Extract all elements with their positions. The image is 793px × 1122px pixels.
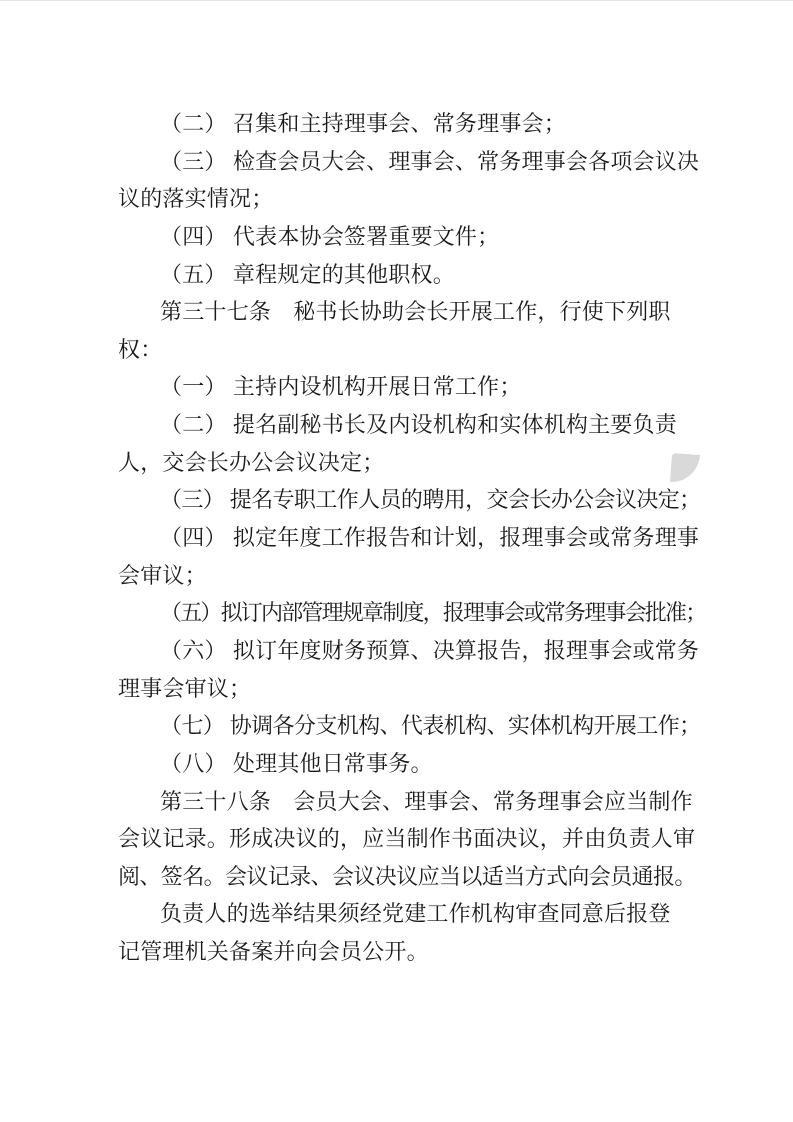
doc-line-20: 会议记录。形成决议的，应当制作书面决议，并由负责人审 <box>118 820 698 858</box>
document-page: （二） 召集和主持理事会、常务理事会； （三） 检查会员大会、理事会、常务理事会… <box>0 0 793 1122</box>
doc-line-03: 议的落实情况； <box>118 180 698 218</box>
doc-line-12: （四） 拟定年度工作报告和计划，报理事会或常务理事 <box>118 519 698 557</box>
doc-line-08: （一） 主持内设机构开展日常工作； <box>118 368 698 406</box>
doc-line-04: （四） 代表本协会签署重要文件； <box>118 218 698 256</box>
doc-line-18: （八） 处理其他日常事务。 <box>118 745 698 783</box>
doc-line-01: （二） 召集和主持理事会、常务理事会； <box>118 105 698 143</box>
doc-line-09: （二） 提名副秘书长及内设机构和实体机构主要负责 <box>118 406 698 444</box>
doc-line-13: 会审议； <box>118 557 698 595</box>
doc-line-16: 理事会审议； <box>118 670 698 708</box>
doc-line-19: 第三十八条 会员大会、理事会、常务理事会应当制作 <box>118 783 698 821</box>
doc-line-11: （三） 提名专职工作人员的聘用，交会长办公会议决定； <box>118 481 698 519</box>
document-body: （二） 召集和主持理事会、常务理事会； （三） 检查会员大会、理事会、常务理事会… <box>118 105 698 971</box>
doc-line-14: （五）拟订内部管理规章制度，报理事会或常务理事会批准； <box>118 594 698 632</box>
doc-line-02: （三） 检查会员大会、理事会、常务理事会各项会议决 <box>118 143 698 181</box>
doc-line-10: 人，交会长办公会议决定； <box>118 444 698 482</box>
doc-line-22: 负责人的选举结果须经党建工作机构审查同意后报登 <box>118 895 698 933</box>
doc-line-15: （六） 拟订年度财务预算、决算报告，报理事会或常务 <box>118 632 698 670</box>
doc-line-21: 阅、签名。会议记录、会议决议应当以适当方式向会员通报。 <box>118 858 698 896</box>
doc-line-07: 权： <box>118 331 698 369</box>
doc-line-05: （五） 章程规定的其他职权。 <box>118 256 698 294</box>
doc-line-17: （七） 协调各分支机构、代表机构、实体机构开展工作； <box>118 707 698 745</box>
doc-line-06: 第三十七条 秘书长协助会长开展工作，行使下列职 <box>118 293 698 331</box>
doc-line-23: 记管理机关备案并向会员公开。 <box>118 933 698 971</box>
